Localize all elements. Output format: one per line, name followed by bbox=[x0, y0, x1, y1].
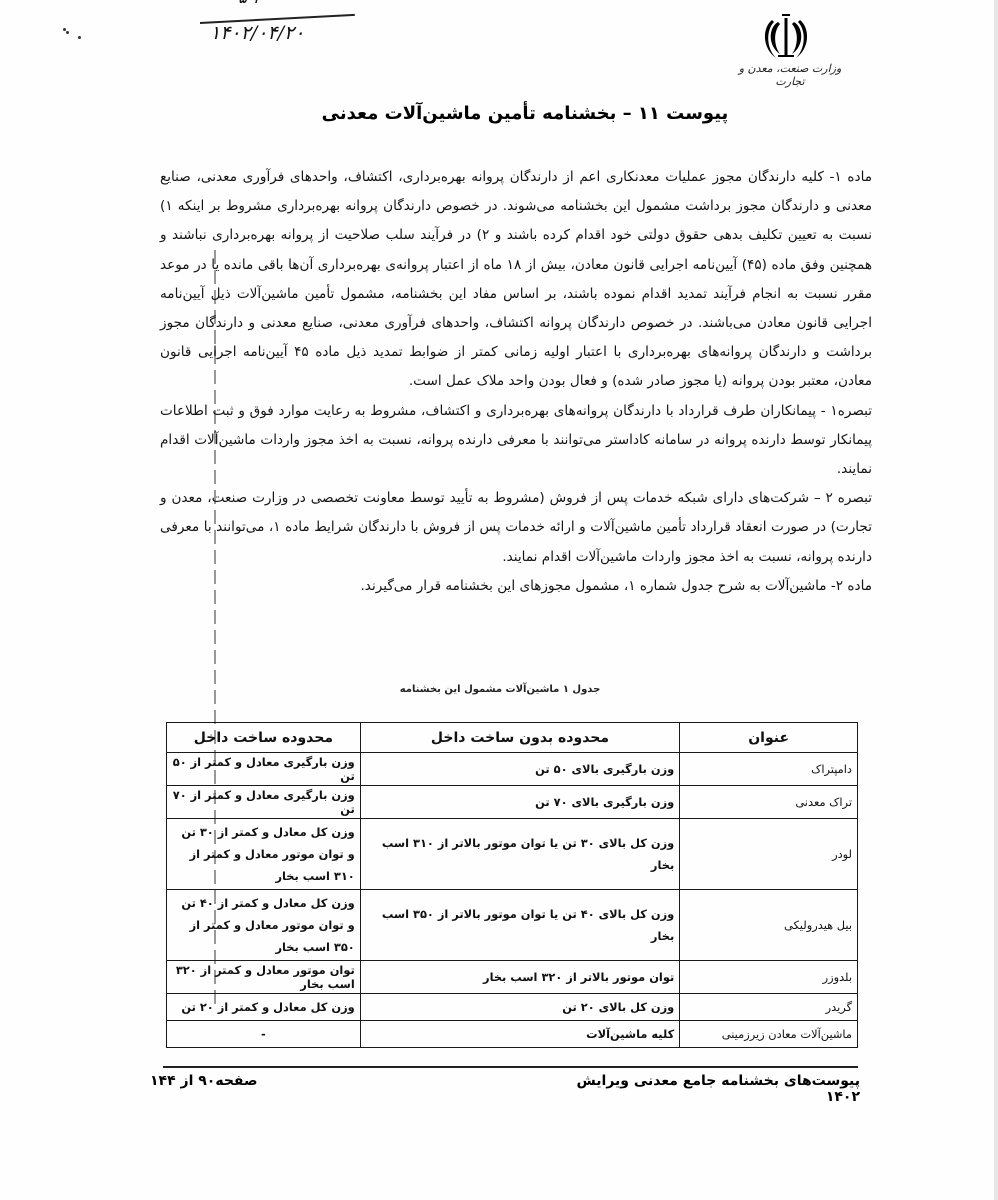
speck bbox=[66, 31, 69, 34]
article-1: ماده ۱- کلیه دارندگان مجوز عملیات معدنکا… bbox=[160, 163, 872, 397]
handwritten-reference: ۵ ۲۰ ۱۴۰۲/۰۴/۲۰ bbox=[150, 0, 320, 45]
article-2: ماده ۲- ماشین‌آلات به شرح جدول شماره ۱، … bbox=[160, 572, 872, 601]
table-row: گریدر وزن کل بالای ۲۰ تن وزن کل معادل و … bbox=[167, 994, 858, 1021]
body-text: ماده ۱- کلیه دارندگان مجوز عملیات معدنکا… bbox=[160, 163, 872, 601]
cell-title: ماشین‌آلات معادن زیرزمینی bbox=[680, 1021, 858, 1048]
table-row: بیل هیدرولیکی وزن کل بالای ۴۰ تن یا توان… bbox=[167, 890, 858, 961]
cell-title: بیل هیدرولیکی bbox=[680, 890, 858, 961]
cell-domestic: توان موتور معادل و کمتر از ۳۲۰ اسب بخار bbox=[167, 961, 361, 994]
table-header-row: عنوان محدوده بدون ساخت داخل محدوده ساخت … bbox=[167, 723, 858, 753]
cell-domestic: وزن کل معادل و کمتر از ۳۰ تن و توان موتو… bbox=[167, 819, 361, 890]
table-row: دامپتراک وزن بارگیری بالای ۵۰ تن وزن بار… bbox=[167, 753, 858, 786]
cell-non-domestic: توان موتور بالاتر از ۳۲۰ اسب بخار bbox=[360, 961, 679, 994]
header-non-domestic-range: محدوده بدون ساخت داخل bbox=[360, 723, 679, 753]
table-row: بلدوزر توان موتور بالاتر از ۳۲۰ اسب بخار… bbox=[167, 961, 858, 994]
cell-domestic: - bbox=[167, 1021, 361, 1048]
machinery-table: عنوان محدوده بدون ساخت داخل محدوده ساخت … bbox=[166, 722, 858, 1048]
table-caption: جدول ۱ ماشین‌آلات مشمول این بخشنامه bbox=[280, 684, 720, 695]
footer-page-number: صفحه۹۰ از ۱۴۴ bbox=[150, 1073, 320, 1089]
cell-title: تراک معدنی bbox=[680, 786, 858, 819]
ministry-name: وزارت صنعت، معدن و تجارت bbox=[730, 62, 850, 88]
cell-domestic: وزن کل معادل و کمتر از ۲۰ تن bbox=[167, 994, 361, 1021]
header-domestic-range: محدوده ساخت داخل bbox=[167, 723, 361, 753]
cell-title: بلدوزر bbox=[680, 961, 858, 994]
cell-non-domestic: وزن بارگیری بالای ۷۰ تن bbox=[360, 786, 679, 819]
table-row: ماشین‌آلات معادن زیرزمینی کلیه ماشین‌آلا… bbox=[167, 1021, 858, 1048]
scan-edge bbox=[994, 0, 998, 1200]
page-title: پیوست ۱۱ – بخشنامه تأمین ماشین‌آلات معدن… bbox=[300, 103, 750, 124]
cell-non-domestic: وزن کل بالای ۲۰ تن bbox=[360, 994, 679, 1021]
speck bbox=[78, 36, 81, 39]
cell-non-domestic: وزن کل بالای ۳۰ تن یا توان موتور بالاتر … bbox=[360, 819, 679, 890]
cell-non-domestic: کلیه ماشین‌آلات bbox=[360, 1021, 679, 1048]
cell-title: دامپتراک bbox=[680, 753, 858, 786]
handwritten-date: ۱۴۰۲/۰۴/۲۰ bbox=[210, 22, 304, 44]
header-title: عنوان bbox=[680, 723, 858, 753]
cell-title: لودر bbox=[680, 819, 858, 890]
document-page: ۵ ۲۰ ۱۴۰۲/۰۴/۲۰ وزارت صنعت، معدن و تجارت… bbox=[0, 0, 998, 1200]
footer-divider bbox=[163, 1066, 858, 1068]
cell-domestic: وزن بارگیری معادل و کمتر از ۷۰ تن bbox=[167, 786, 361, 819]
table-row: لودر وزن کل بالای ۳۰ تن یا توان موتور با… bbox=[167, 819, 858, 890]
cell-domestic: وزن بارگیری معادل و کمتر از ۵۰ تن bbox=[167, 753, 361, 786]
cell-non-domestic: وزن بارگیری بالای ۵۰ تن bbox=[360, 753, 679, 786]
footer-document-name: پیوست‌های بخشنامه جامع معدنی ویرایش ۱۴۰۲ bbox=[560, 1073, 860, 1105]
note-1: تبصره۱ - پیمانکاران طرف قرارداد با دارند… bbox=[160, 397, 872, 485]
note-2: تبصره ۲ – شرکت‌های دارای شبکه خدمات پس ا… bbox=[160, 484, 872, 572]
handwritten-number: ۵ ۲۰ bbox=[238, 0, 271, 8]
cell-title: گریدر bbox=[680, 994, 858, 1021]
cell-domestic: وزن کل معادل و کمتر از ۴۰ تن و توان موتو… bbox=[167, 890, 361, 961]
iran-emblem-icon bbox=[758, 12, 814, 62]
table-row: تراک معدنی وزن بارگیری بالای ۷۰ تن وزن ب… bbox=[167, 786, 858, 819]
cell-non-domestic: وزن کل بالای ۴۰ تن یا توان موتور بالاتر … bbox=[360, 890, 679, 961]
